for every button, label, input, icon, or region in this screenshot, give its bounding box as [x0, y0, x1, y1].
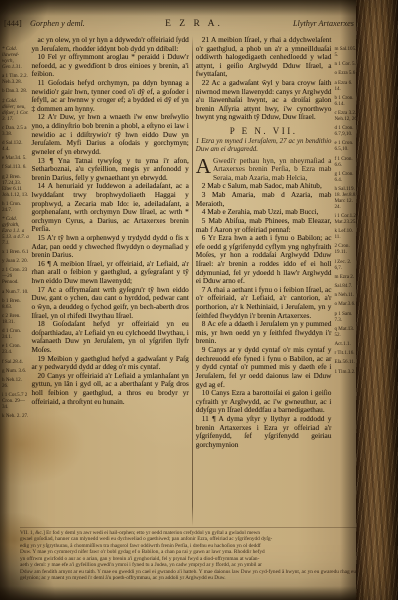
page-body: * Cald. llawred-wych, Gen.1.31.a 1 Tim. …: [2, 36, 360, 526]
verse-paragraph: 9 Canys ar y dydd cyntaf o'r mis cyntaf …: [196, 346, 332, 389]
footnote-line: Dduw am fendith arnynt ar eu taith. Y ma…: [20, 569, 356, 582]
running-title-right: Llythyr Artaxerxes: [240, 19, 358, 28]
verse-paragraph: 5 Mab Abiſua, mab Phinees, mab Eleazar, …: [196, 217, 332, 234]
margin-note: y Joan 2. 20.: [2, 258, 30, 264]
verse-paragraph: 6 Yr Ezra hwn a aeth i fynu o Babilon; a…: [196, 234, 332, 286]
verse-paragraph: 11 ¶ A dyma yſtyr y llythyr a roddodd y …: [196, 415, 332, 449]
margin-note: f Sal.113. 6.: [2, 164, 30, 170]
margin-note: g 2 Bren. 17.24,33. Eſter 6.11 Joh.1.12,…: [2, 174, 30, 198]
right-text-column: 21 A meibion Iſrael, y rhai a ddychwelaſ…: [193, 36, 335, 526]
margin-note: * Cald. llawred-wych, Gen.1.31.: [2, 46, 30, 70]
verse-paragraph: 10 Fel yr offrymmont aroglau * peraidd i…: [32, 53, 189, 79]
verse-paragraph: 11 Goſodais hefyd orchymyn, pa ddyn bynn…: [32, 79, 189, 113]
margin-note: ‡ Cald. dilëer; neu, difaer, 1 Cor. 3. 1…: [2, 98, 30, 122]
drop-cap: A: [196, 157, 213, 175]
margin-note: e 1 Cron. 23.4.: [2, 343, 30, 355]
verse-paragraph: 19 Meibion y gaethglud hefyd a gadwaſant…: [32, 355, 189, 372]
margin-note: h Neh.12. 26.: [2, 377, 30, 389]
margin-note: x 1 Bren. 6.1: [2, 249, 30, 255]
verse-paragraph: 17 Ac a offrymaſant wrth gyſegru'r tŷ hw…: [32, 286, 189, 320]
verse-paragraph: 15 A'r tŷ hwn a orphenwyd y trydydd dydd…: [32, 234, 189, 260]
running-title-left: Gorphen y deml.: [30, 19, 148, 28]
page-number: [444]: [4, 19, 30, 28]
verse-paragraph: 7 A rhai a aethant i fynu o i feibion Iſ…: [196, 286, 332, 320]
verse-paragraph: 13 ¶ Yna Tatnai tywyſog y tu yma i'r afo…: [32, 157, 189, 183]
footnote-block: VII. 1, &c.] Er fod y deml yn awr wedi e…: [20, 527, 356, 594]
verse-paragraph: 16 ¶ A meibion Iſrael, yr offeiriaid, a'…: [32, 260, 189, 286]
margin-note: z 1 Cron. 23—26 Pennod.: [2, 267, 30, 285]
left-text-column: ac yn olew, yn ol yr hyn a ddywedo'r off…: [30, 36, 192, 526]
margin-note: * Cald. gyfraith, Ezra 1.1. a 5.13. a 4.…: [2, 216, 30, 246]
verse-paragraph: 3 Mab Amaria, mab d Azaria, mab Meraioth…: [196, 191, 332, 208]
chapter-summary: 1 Ezra yn myned i Jeruſalem, 27 ac yn be…: [196, 138, 332, 155]
verse-paragraph: 18 Goſodaſant hefyd yr offeiriaid yn eu …: [32, 320, 189, 354]
margin-note: c 2 Bren. 18.31.: [2, 313, 30, 325]
verses-after-heading: 2 Mab c Salum, mab Sadoc, mab Ahitub,3 M…: [196, 182, 332, 449]
verse-paragraph: 14 A henuriaid yr Iuddewon a adeiladaſan…: [32, 182, 189, 234]
margin-note: b Dan.3. 28.: [2, 88, 30, 94]
verse-paragraph: ac yn olew, yn ol yr hyn a ddywedo'r off…: [32, 36, 189, 53]
margin-note: a 1 Tim. 2.2. Neh.3.28.: [2, 73, 30, 85]
margin-note: f Sal.28.4.: [2, 359, 30, 365]
verses-before-heading: 21 A meibion Iſrael, y rhai a ddychwelaſ…: [196, 36, 332, 122]
verse-paragraph: 12 A'r Duw, yr hwn a wnaeth i'w enw breſ…: [32, 113, 189, 156]
verse-paragraph: 21 A meibion Iſrael, y rhai a ddychwelaſ…: [196, 36, 332, 79]
first-verse-text: Gwedi'r pethau hyn, yn nheyrnaſiad a Art…: [213, 156, 331, 182]
left-margin-notes: * Cald. llawred-wych, Gen.1.31.a 1 Tim. …: [2, 36, 30, 526]
margin-note: e Mar.34. 5.: [2, 155, 30, 161]
margin-note: i 1 Cor.5.7 2 Cron. 29—34.: [2, 392, 30, 410]
chapter-heading: P E N. VII.: [196, 126, 332, 136]
margin-note: d 1 Cron. 24.1.: [2, 328, 30, 340]
margin-note: h 1 Cron. 24.7.: [2, 201, 30, 213]
margin-note: b 1 Bren. 8.63.: [2, 298, 30, 310]
margin-note: c Dan. 2.5 a 3.38.: [2, 125, 30, 137]
page-header: [444] Gorphen y deml. E Z R A. Llythyr A…: [4, 19, 358, 32]
book-edge: [356, 0, 398, 600]
book-page: [444] Gorphen y deml. E Z R A. Llythyr A…: [0, 0, 362, 600]
verse-paragraph: 20 Canys yr offeiriaid a'r Lefiaid a yml…: [32, 372, 189, 406]
verse-paragraph-dropcap: AGwedi'r pethau hyn, yn nheyrnaſiad a Ar…: [196, 157, 332, 183]
verse-paragraph: 8 Ac efe a ddaeth i Jeruſalem yn y pumme…: [196, 320, 332, 346]
margin-note: a Num.7. 10.: [2, 289, 30, 295]
margin-note: k Neh. 2. 27.: [2, 413, 30, 419]
verse-paragraph: 22 Ac a gadwaſant ŵyl y bara croyw ſaith…: [196, 79, 332, 122]
book-photo: [444] Gorphen y deml. E Z R A. Llythyr A…: [0, 0, 398, 600]
book-title: E Z R A.: [148, 19, 240, 29]
verse-paragraph: 10 Canys Ezra a barottoiſai ei galon i g…: [196, 389, 332, 415]
margin-note: d Sal.132. 4.4.: [2, 140, 30, 152]
margin-note: g Num. 3.6.: [2, 368, 30, 374]
